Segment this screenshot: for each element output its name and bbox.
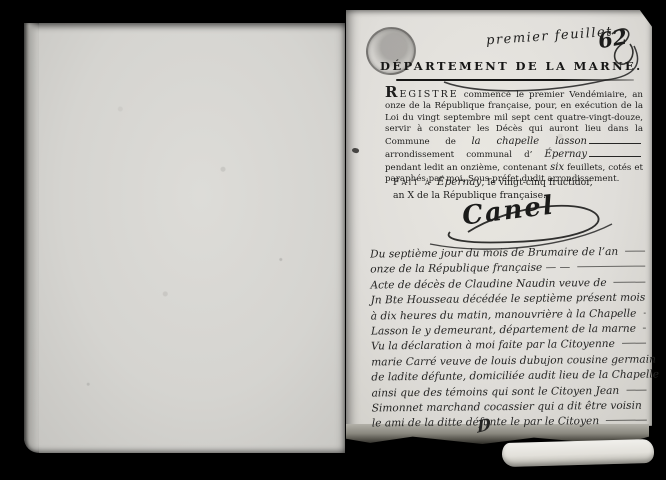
- act-line: le ami de la ditte défunte le par le Cit…: [372, 415, 650, 433]
- act-line-text: à dix heures du matin, manouvrière à la …: [371, 307, 637, 322]
- drop-cap: R: [385, 83, 399, 101]
- act-line-text: ainsi que des témoins qui sont le Citoye…: [371, 384, 619, 399]
- fill-rule: [589, 135, 641, 144]
- fait-tail: , le vingt-cinq fructidor,: [481, 177, 592, 188]
- act-line-text: de ladite défunte, domiciliée audit lieu…: [371, 369, 659, 384]
- fait-lead: Fait à: [393, 177, 437, 188]
- scanned-register-photo: premier feuillet 62 DÉPARTEMENT DE LA MA…: [0, 0, 666, 480]
- fait-place: Épernay: [437, 176, 482, 188]
- act-line-text: onze de la République française — —: [370, 262, 570, 276]
- act-line-text: Du septième jour du mois de Brumaire de …: [370, 246, 618, 261]
- act-paraph: D: [477, 414, 491, 437]
- act-line-text: Vu la déclaration à moi faite par la Cit…: [371, 338, 615, 353]
- registre-body-3: pendant ledit an onzième, contenant: [385, 163, 550, 173]
- curled-paper-edge: [502, 439, 655, 467]
- fill-commune: la chapelle lasson: [471, 136, 587, 147]
- folio-paraph: 62: [596, 24, 629, 54]
- page-title: DÉPARTEMENT DE LA MARNE.: [380, 59, 642, 73]
- registre-paragraph: REGISTRE commencé le premier Vendémiaire…: [385, 87, 643, 185]
- left-blank-page: [24, 23, 345, 453]
- page-stack-edge: [24, 23, 39, 453]
- fill-feuillets: six: [550, 162, 564, 173]
- act-line-text: marie Carré veuve de louis dubujon cousi…: [371, 353, 656, 368]
- registre-word: EGISTRE: [399, 89, 458, 100]
- fill-arrondissement: Épernay: [545, 149, 587, 160]
- fill-rule: [589, 148, 641, 157]
- handwritten-act: Du septième jour du mois de Brumaire de …: [370, 246, 650, 434]
- act-line-text: Simonnet marchand cocassier qui a dit êt…: [372, 400, 642, 415]
- title-rule: [396, 79, 634, 81]
- registre-body-2: arrondissement communal d’: [385, 150, 545, 160]
- act-line-text: Lasson le y demeurant, département de la…: [371, 323, 636, 338]
- act-line-text: Acte de décès de Claudine Naudin veuve d…: [370, 277, 606, 291]
- act-line-text: Jn Bte Housseau décédée le septième prés…: [371, 292, 646, 307]
